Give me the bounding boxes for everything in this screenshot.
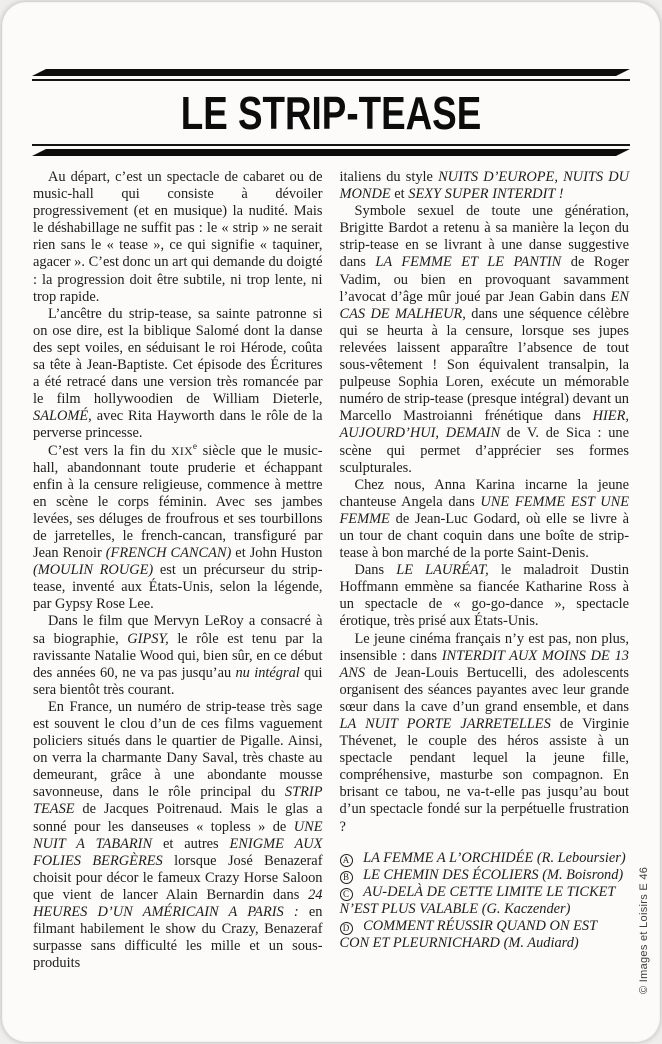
option-title: LE CHEMIN DES ÉCOLIERS (363, 867, 538, 883)
rule-thick-bottom (32, 149, 630, 156)
text-segment: SEXY SUPER INTERDIT ! (408, 186, 563, 202)
text-segment: (FRENCH CANCAN) (106, 545, 232, 561)
paragraph-gipsy: Dans le film que Mervyn LeRoy a consacré… (33, 613, 323, 698)
right-column: italiens du style NUITS D’EUROPE, NUITS … (340, 169, 630, 972)
paragraph-music-hall: C’est vers la fin du XIXe siècle que le … (33, 443, 323, 614)
paragraph-france: En France, un numéro de strip-tease très… (33, 699, 323, 973)
rule-thin-top (32, 79, 630, 81)
header-rule-bottom (32, 144, 630, 156)
quiz-option-d: D COMMENT RÉUSSIR QUAND ON EST CON ET PL… (340, 918, 630, 952)
text-segment: italiens du style (340, 169, 439, 185)
option-credit: (R. Leboursier) (537, 850, 626, 866)
left-column: Au départ, c’est un spectacle de cabaret… (33, 169, 323, 972)
paragraph-laureat: Dans LE LAURÉAT, le maladroit Dustin Hof… (340, 562, 630, 630)
text-segment: de Jacques Poitrenaud. Mais le glas a so… (33, 801, 323, 834)
option-credit: (G. Kaczender) (482, 901, 571, 917)
text-segment: dans une séquence célèbre qui se heurta … (340, 306, 630, 425)
publisher-credit: © Images et Loisirs E 46 (638, 822, 653, 994)
text-segment: et autres (152, 836, 229, 852)
text-segment: et (391, 186, 409, 202)
article-body: Au départ, c’est un spectacle de cabaret… (33, 169, 629, 972)
quiz-option-a: A LA FEMME A L’ORCHIDÉE (R. Leboursier) (340, 850, 630, 867)
text-segment: En France, un numéro de strip-tease très… (33, 699, 323, 800)
text-segment: GIPSY, (127, 631, 168, 647)
text-segment: de Jean-Louis Bertucelli, des adolescent… (340, 665, 630, 715)
option-letter-badge: D (340, 922, 353, 935)
text-segment: (MOULIN ROUGE) (33, 562, 153, 578)
header: LE STRIP-TEASE (32, 69, 630, 156)
text-segment: L’ancêtre du strip-tease, sa sainte patr… (33, 306, 323, 407)
page-title: LE STRIP-TEASE (92, 90, 570, 136)
rule-thick-top (32, 69, 630, 76)
text-segment: XIX (171, 444, 193, 458)
text-segment: LA FEMME ET LE PANTIN (375, 254, 561, 270)
quiz-options: A LA FEMME A L’ORCHIDÉE (R. Leboursier) … (340, 850, 630, 953)
text-segment: Au départ, c’est un spectacle de cabaret… (33, 169, 323, 305)
text-segment: LA NUIT PORTE JARRETELLES (340, 716, 551, 732)
paragraph-bardot: Symbole sexuel de toute une génération, … (340, 203, 630, 477)
paragraph-jeune-cinema: Le jeune cinéma français n’y est pas, no… (340, 631, 630, 836)
option-letter-badge: C (340, 888, 353, 901)
option-title: LA FEMME A L’ORCHIDÉE (363, 850, 533, 866)
quiz-card: LE STRIP-TEASE Au départ, c’est un spect… (2, 2, 660, 1042)
text-segment: siècle que le music-hall, abandonnant to… (33, 443, 323, 562)
rule-thin-bottom (32, 144, 630, 146)
paragraph-intro: Au départ, c’est un spectacle de cabaret… (33, 169, 323, 306)
text-segment: Dans (355, 562, 397, 578)
paragraph-salome: L’ancêtre du strip-tease, sa sainte patr… (33, 306, 323, 443)
option-credit: (M. Audiard) (504, 935, 579, 951)
text-segment: SALOMÉ, (33, 408, 92, 424)
option-letter-badge: A (340, 854, 353, 867)
option-title: AU-DELÀ DE CETTE LIMITE LE TICKET N’EST … (340, 884, 616, 917)
paragraph-karina: Chez nous, Anna Karina incarne la jeune … (340, 477, 630, 562)
option-letter-badge: B (340, 871, 353, 884)
text-segment: de Virginie Thévenet, le couple des héro… (340, 716, 630, 835)
paragraph-italiens: italiens du style NUITS D’EUROPE, NUITS … (340, 169, 630, 203)
header-rule-top (32, 69, 630, 81)
text-segment: et John Huston (231, 545, 322, 561)
text-segment: LE LAURÉAT, (396, 562, 488, 578)
option-credit: (M. Boisrond) (542, 867, 623, 883)
quiz-option-b: B LE CHEMIN DES ÉCOLIERS (M. Boisrond) (340, 867, 630, 884)
text-segment: C’est vers la fin du (48, 443, 171, 459)
quiz-option-c: C AU-DELÀ DE CETTE LIMITE LE TICKET N’ES… (340, 884, 630, 918)
text-segment: nu intégral (235, 665, 299, 681)
